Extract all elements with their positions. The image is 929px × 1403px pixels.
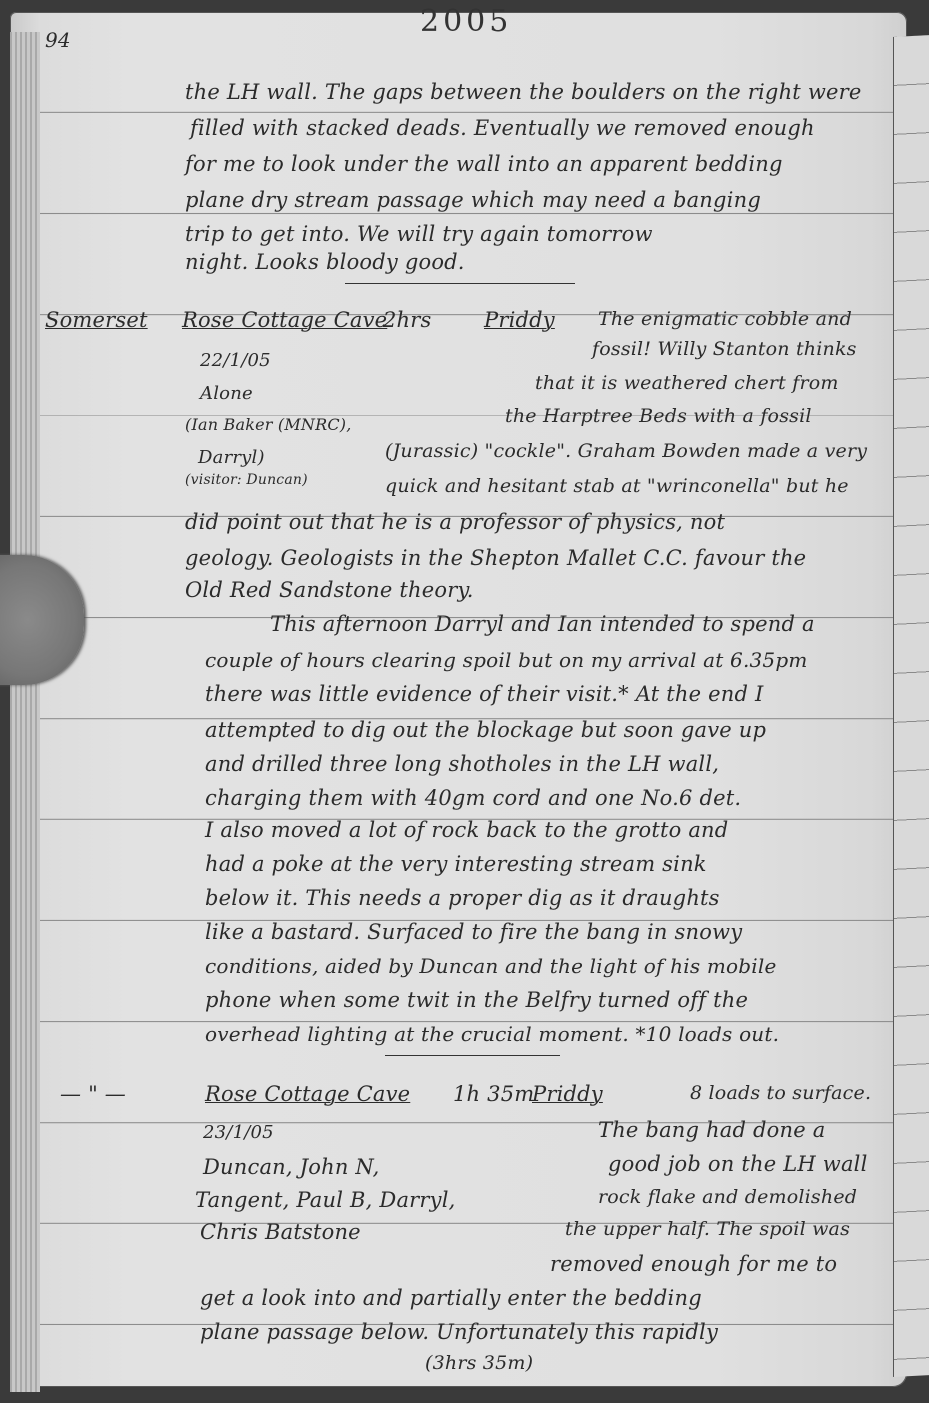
- entry-side-note: The enigmatic cobble and: [598, 308, 852, 330]
- entry-cave: Rose Cottage Cave: [205, 1082, 410, 1106]
- entry-body-line: couple of hours clearing spoil but on my…: [205, 648, 808, 672]
- entry-body-line: did point out that he is a professor of …: [185, 510, 725, 534]
- entry-team-member: Alone: [200, 383, 253, 404]
- continuation-line: the LH wall. The gaps between the boulde…: [185, 80, 861, 104]
- continuation-line: trip to get into. We will try again tomo…: [185, 222, 653, 246]
- entry-total-time: (3hrs 35m): [425, 1352, 533, 1374]
- continuation-line: plane dry stream passage which may need …: [185, 188, 761, 212]
- page-binding: [10, 32, 40, 1392]
- entry-duration: 1h 35m: [453, 1082, 534, 1106]
- continuation-line: filled with stacked deads. Eventually we…: [190, 116, 815, 140]
- entry-team-member: Darryl): [198, 447, 265, 468]
- underline: [385, 1055, 560, 1056]
- entry-body-line: and drilled three long shotholes in the …: [205, 752, 719, 776]
- entry-body-line: charging them with 40gm cord and one No.…: [205, 786, 741, 810]
- entry-team-member: Tangent, Paul B, Darryl,: [195, 1188, 456, 1212]
- entry-body-line: had a poke at the very interesting strea…: [205, 852, 707, 876]
- entry-side-note: the Harptree Beds with a fossil: [505, 405, 812, 427]
- page-number: 94: [45, 28, 71, 52]
- entry-cave: Rose Cottage Cave: [182, 308, 387, 332]
- entry-side-note: rock flake and demolished: [598, 1186, 857, 1208]
- entry-body-line: This afternoon Darryl and Ian intended t…: [270, 612, 815, 636]
- entry-body-line: plane passage below. Unfortunately this …: [200, 1320, 718, 1344]
- entry-body-line: Old Red Sandstone theory.: [185, 578, 474, 602]
- entry-date: 22/1/05: [200, 350, 271, 371]
- entry-team-member: (Ian Baker (MNRC),: [185, 415, 352, 434]
- year-header: 2005: [420, 4, 512, 39]
- next-page-edge: [893, 35, 929, 1377]
- entry-body-line: overhead lighting at the crucial moment.…: [205, 1022, 779, 1046]
- underline: [345, 283, 575, 284]
- entry-body-line: below it. This needs a proper dig as it …: [205, 886, 720, 910]
- entry-body-line: there was little evidence of their visit…: [205, 682, 764, 706]
- entry-team-member: (visitor: Duncan): [185, 472, 308, 488]
- entry-side-note: (Jurassic) "cockle". Graham Bowden made …: [385, 440, 867, 462]
- entry-side-note: that it is weathered chert from: [535, 372, 839, 394]
- entry-body-line: I also moved a lot of rock back to the g…: [205, 818, 728, 842]
- entry-side-note: fossil! Willy Stanton thinks: [592, 338, 857, 360]
- entry-region: — " —: [60, 1082, 126, 1106]
- entry-side-note: 8 loads to surface.: [690, 1082, 871, 1104]
- entry-team-member: Duncan, John N,: [203, 1155, 380, 1179]
- entry-side-note: removed enough for me to: [550, 1252, 837, 1276]
- continuation-line: for me to look under the wall into an ap…: [185, 152, 783, 176]
- continuation-line: night. Looks bloody good.: [185, 250, 465, 274]
- entry-body-line: attempted to dig out the blockage but so…: [205, 718, 766, 742]
- entry-region: Somerset: [45, 308, 148, 332]
- entry-side-note: quick and hesitant stab at "wrinconella"…: [385, 475, 849, 497]
- entry-side-note: good job on the LH wall: [608, 1152, 868, 1176]
- entry-side-note: The bang had done a: [598, 1118, 825, 1142]
- entry-body-line: like a bastard. Surfaced to fire the ban…: [205, 920, 742, 944]
- entry-side-note: the upper half. The spoil was: [565, 1218, 850, 1240]
- entry-body-line: conditions, aided by Duncan and the ligh…: [205, 954, 776, 978]
- entry-body-line: get a look into and partially enter the …: [200, 1286, 702, 1310]
- entry-body-line: phone when some twit in the Belfry turne…: [205, 988, 748, 1012]
- entry-location: Priddy: [532, 1082, 603, 1106]
- entry-team-member: Chris Batstone: [200, 1220, 361, 1244]
- entry-duration: 2hrs: [383, 308, 432, 332]
- entry-date: 23/1/05: [203, 1122, 274, 1143]
- entry-location: Priddy: [484, 308, 555, 332]
- entry-body-line: geology. Geologists in the Shepton Malle…: [185, 546, 806, 570]
